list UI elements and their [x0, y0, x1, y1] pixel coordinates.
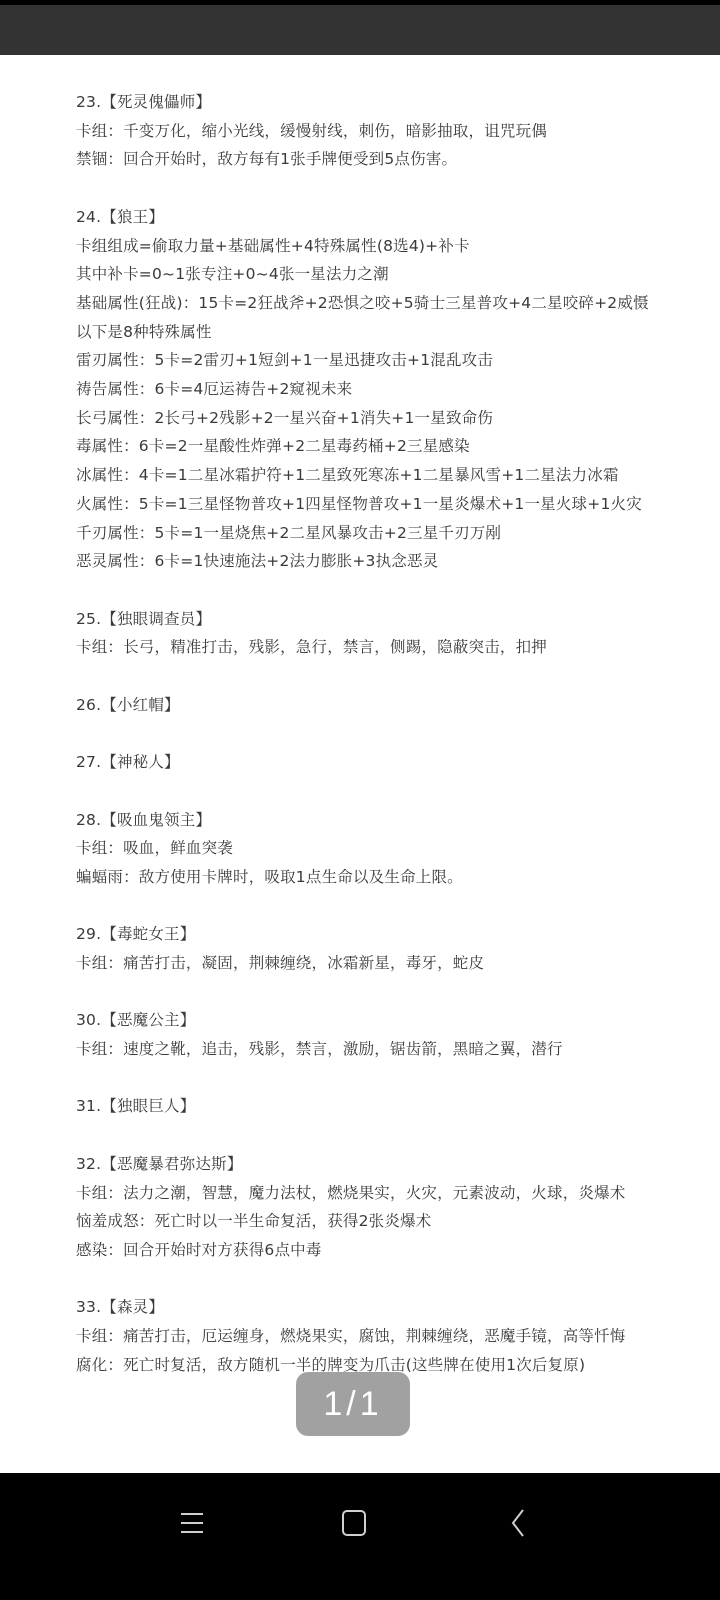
entry-line: 其中补卡=0~1张专注+0~4张一星法力之潮: [76, 260, 696, 289]
entry-title: 26.【小红帽】: [76, 691, 696, 720]
entry-line: 基础属性(狂战)：15卡=2狂战斧+2恐惧之咬+5骑士三星普攻+4二星咬碎+2威…: [76, 289, 696, 318]
entry-26: 26.【小红帽】: [76, 691, 696, 720]
document-text: 23.【死灵傀儡师】 卡组：千变万化，缩小光线，缓慢射线，刺伤，暗影抽取，诅咒玩…: [76, 88, 696, 1408]
entry-24: 24.【狼王】 卡组组成=偷取力量+基础属性+4特殊属性(8选4)+补卡 其中补…: [76, 203, 696, 576]
entry-line: 卡组：吸血，鲜血突袭: [76, 834, 696, 863]
entry-line: 祷告属性：6卡=4厄运祷告+2窥视未来: [76, 375, 696, 404]
entry-line: 恼羞成怒：死亡时以一半生命复活，获得2张炎爆术: [76, 1207, 696, 1236]
entry-28: 28.【吸血鬼领主】 卡组：吸血，鲜血突袭 蝙蝠雨：敌方使用卡牌时，吸取1点生命…: [76, 806, 696, 892]
entry-line: 卡组：痛苦打击，厄运缠身，燃烧果实，腐蚀，荆棘缠绕，恶魔手镜，高等忏悔: [76, 1322, 696, 1351]
back-icon: [509, 1508, 527, 1538]
recent-apps-button[interactable]: [162, 1503, 222, 1543]
entry-title: 29.【毒蛇女王】: [76, 920, 696, 949]
entry-title: 28.【吸血鬼领主】: [76, 806, 696, 835]
page-counter-badge: 1/1: [296, 1372, 410, 1436]
home-button[interactable]: [324, 1503, 384, 1543]
entry-27: 27.【神秘人】: [76, 748, 696, 777]
entry-line: 卡组组成=偷取力量+基础属性+4特殊属性(8选4)+补卡: [76, 232, 696, 261]
entry-29: 29.【毒蛇女王】 卡组：痛苦打击，凝固，荆棘缠绕，冰霜新星，毒牙，蛇皮: [76, 920, 696, 977]
entry-title: 30.【恶魔公主】: [76, 1006, 696, 1035]
entry-line: 卡组：痛苦打击，凝固，荆棘缠绕，冰霜新星，毒牙，蛇皮: [76, 949, 696, 978]
entry-line: 卡组：千变万化，缩小光线，缓慢射线，刺伤，暗影抽取，诅咒玩偶: [76, 117, 696, 146]
entry-30: 30.【恶魔公主】 卡组：速度之靴，追击，残影，禁言，激励，锯齿箭，黑暗之翼，潜…: [76, 1006, 696, 1063]
entry-line: 火属性：5卡=1三星怪物普攻+1四星怪物普攻+1一星炎爆术+1一星火球+1火灾: [76, 490, 696, 519]
system-navigation-bar: [0, 1473, 720, 1600]
entry-line: 卡组：长弓，精准打击，残影，急行，禁言，侧踢，隐蔽突击，扣押: [76, 633, 696, 662]
entry-line: 卡组：速度之靴，追击，残影，禁言，激励，锯齿箭，黑暗之翼，潜行: [76, 1035, 696, 1064]
entry-title: 31.【独眼巨人】: [76, 1092, 696, 1121]
entry-33: 33.【森灵】 卡组：痛苦打击，厄运缠身，燃烧果实，腐蚀，荆棘缠绕，恶魔手镜，高…: [76, 1293, 696, 1379]
entry-line: 卡组：法力之潮，智慧，魔力法杖，燃烧果实，火灾，元素波动，火球，炎爆术: [76, 1179, 696, 1208]
entry-line: 感染：回合开始时对方获得6点中毒: [76, 1236, 696, 1265]
entry-title: 25.【独眼调查员】: [76, 605, 696, 634]
viewer-top-bar: [0, 5, 720, 55]
entry-line: 冰属性：4卡=1二星冰霜护符+1二星致死寒冻+1二星暴风雪+1二星法力冰霜: [76, 461, 696, 490]
menu-icon: [179, 1511, 205, 1535]
entry-line: 千刃属性：5卡=1一星烧焦+2二星风暴攻击+2三星千刃万剐: [76, 519, 696, 548]
image-viewer-content[interactable]: 23.【死灵傀儡师】 卡组：千变万化，缩小光线，缓慢射线，刺伤，暗影抽取，诅咒玩…: [0, 55, 720, 1473]
entry-line: 蝙蝠雨：敌方使用卡牌时，吸取1点生命以及生命上限。: [76, 863, 696, 892]
home-icon: [341, 1509, 367, 1537]
entry-title: 33.【森灵】: [76, 1293, 696, 1322]
entry-title: 24.【狼王】: [76, 203, 696, 232]
entry-title: 32.【恶魔暴君弥达斯】: [76, 1150, 696, 1179]
entry-23: 23.【死灵傀儡师】 卡组：千变万化，缩小光线，缓慢射线，刺伤，暗影抽取，诅咒玩…: [76, 88, 696, 174]
entry-line: 恶灵属性：6卡=1快速施法+2法力膨胀+3执念恶灵: [76, 547, 696, 576]
entry-25: 25.【独眼调查员】 卡组：长弓，精准打击，残影，急行，禁言，侧踢，隐蔽突击，扣…: [76, 605, 696, 662]
entry-32: 32.【恶魔暴君弥达斯】 卡组：法力之潮，智慧，魔力法杖，燃烧果实，火灾，元素波…: [76, 1150, 696, 1265]
entry-line: 禁锢：回合开始时，敌方每有1张手牌便受到5点伤害。: [76, 145, 696, 174]
entry-line: 毒属性：6卡=2一星酸性炸弹+2二星毒药桶+2三星感染: [76, 432, 696, 461]
entry-31: 31.【独眼巨人】: [76, 1092, 696, 1121]
back-button[interactable]: [488, 1503, 548, 1543]
entry-line: 长弓属性：2长弓+2残影+2一星兴奋+1消失+1一星致命伤: [76, 404, 696, 433]
entry-title: 27.【神秘人】: [76, 748, 696, 777]
entry-line: 以下是8种特殊属性: [76, 318, 696, 347]
entry-line: 雷刃属性：5卡=2雷刃+1短剑+1一星迅捷攻击+1混乱攻击: [76, 346, 696, 375]
entry-title: 23.【死灵傀儡师】: [76, 88, 696, 117]
